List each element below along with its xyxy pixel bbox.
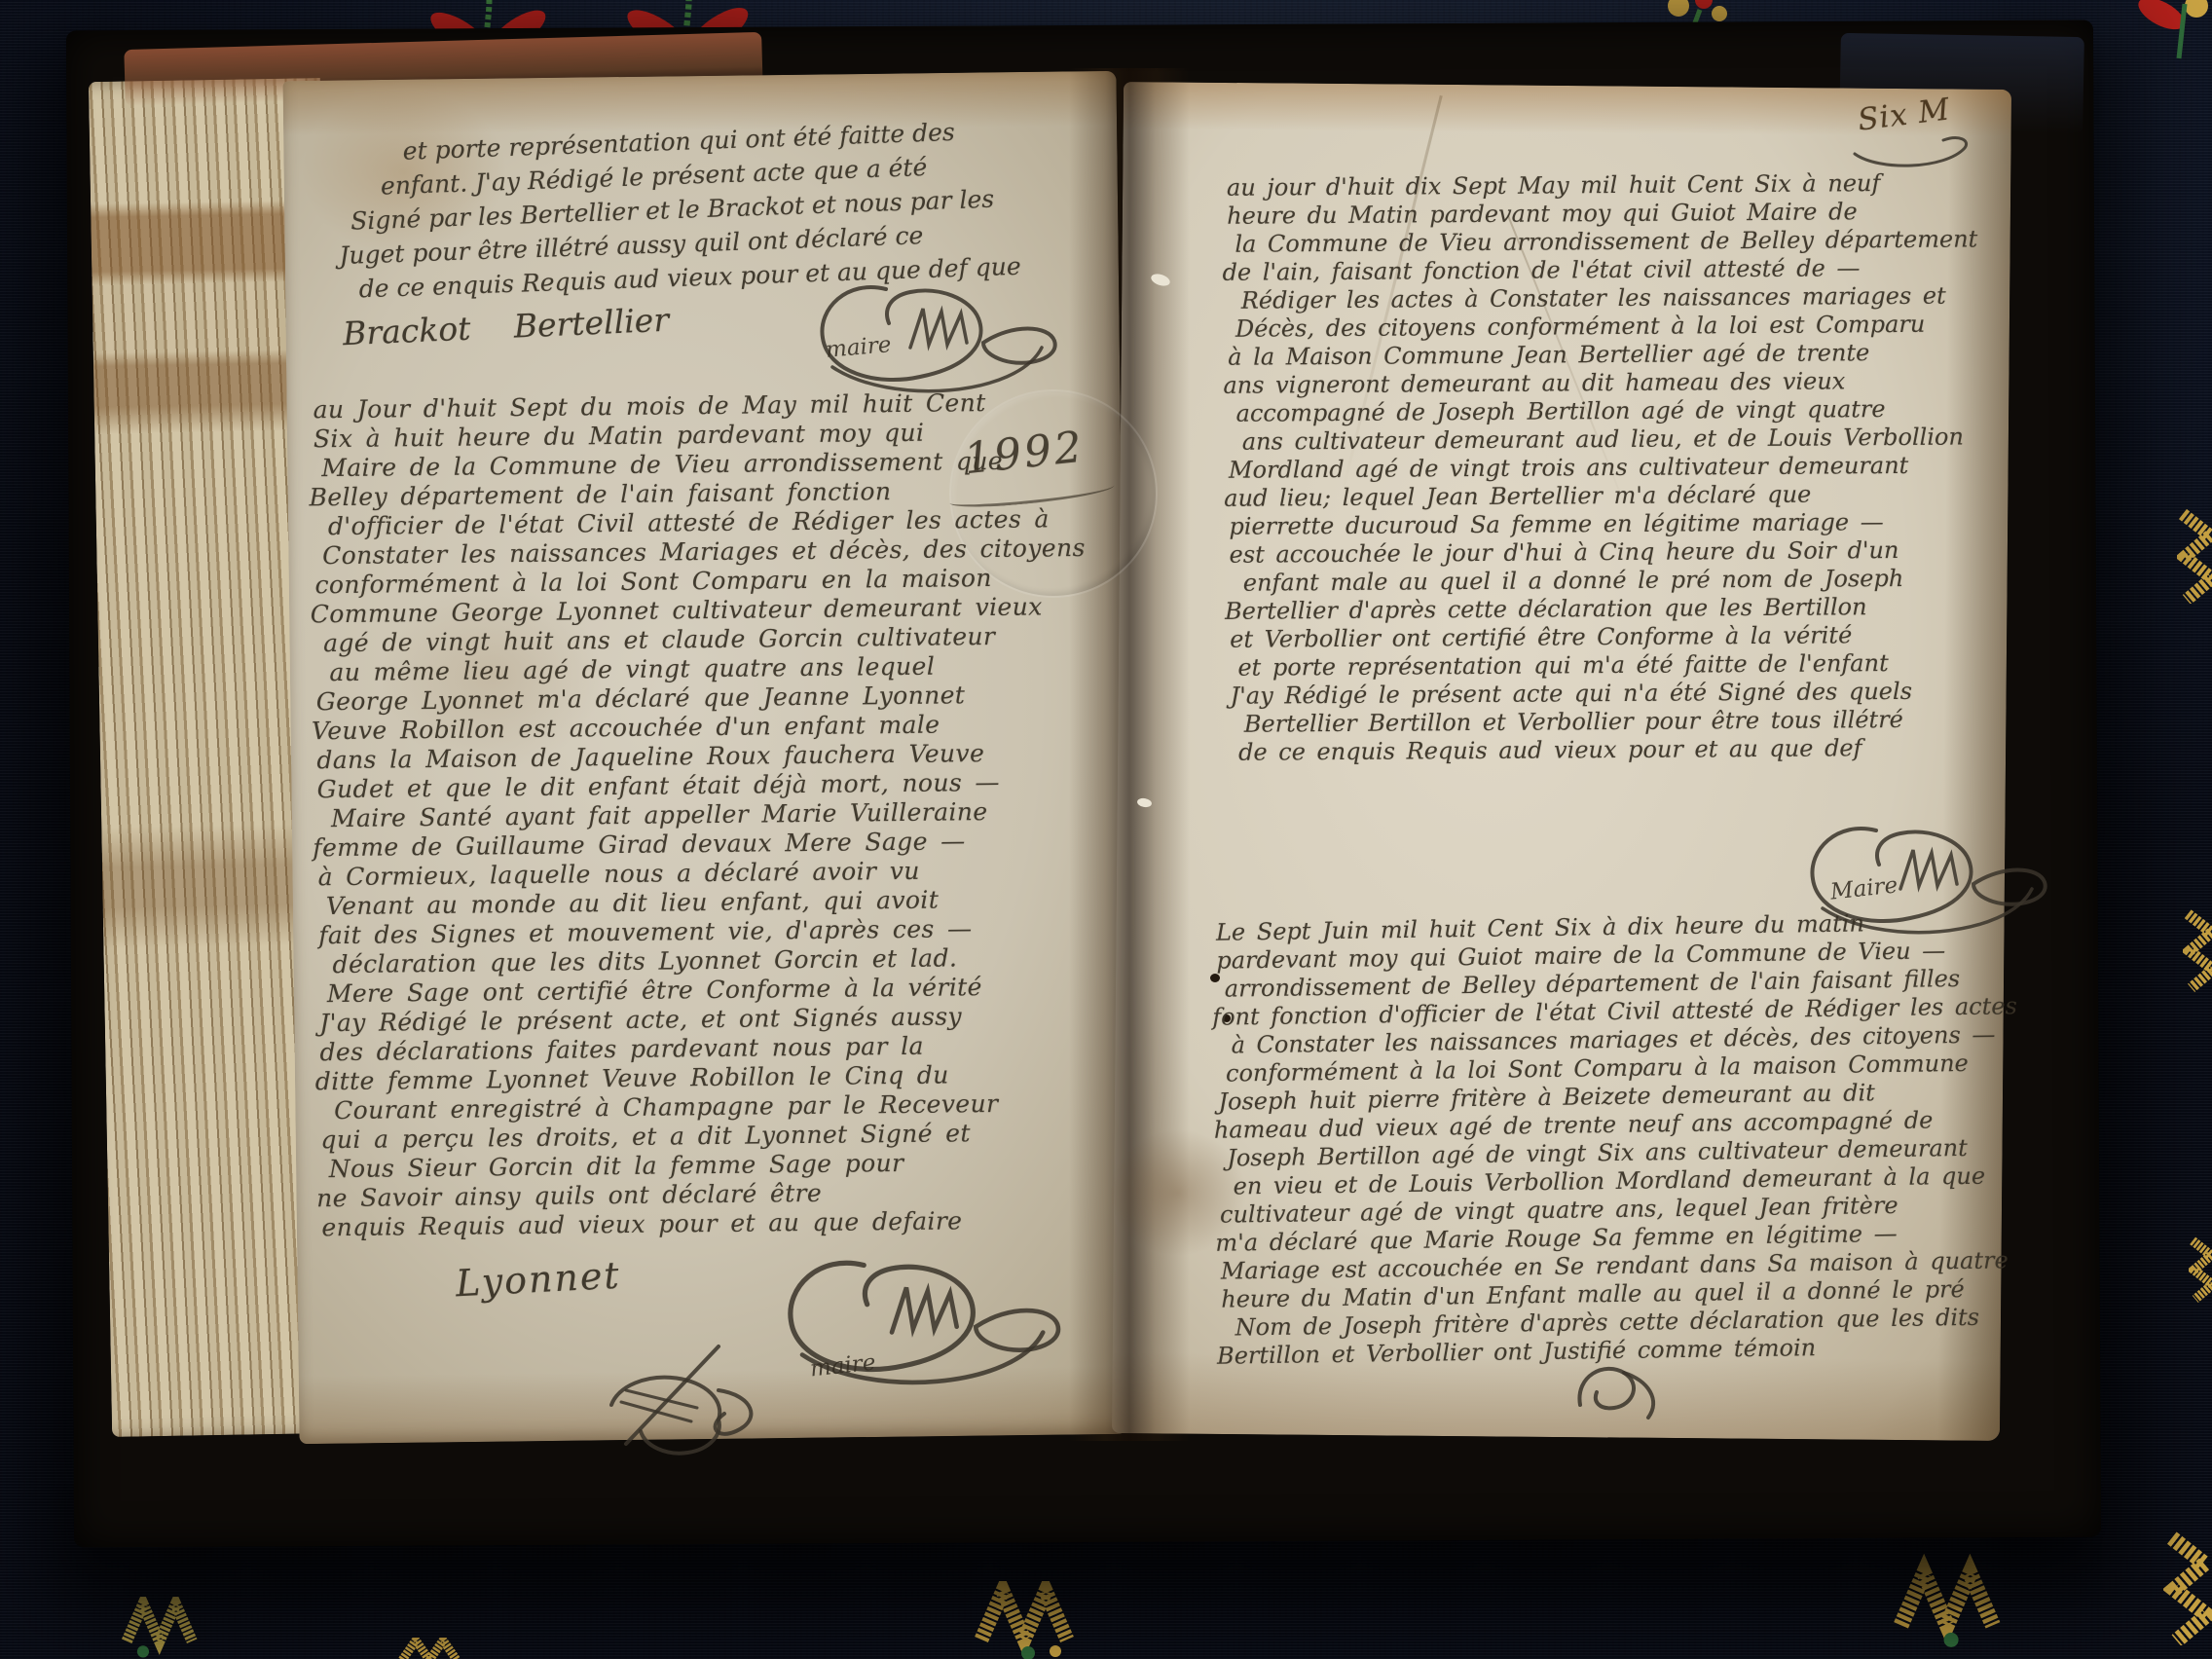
right-page-second-act: Le Sept Juin mil huit Cent Six à dix heu… [1216,907,2012,1370]
paraph-doodle-icon [572,1332,787,1458]
handwritten-line: Mordland agé de vingt trois ans cultivat… [1229,451,2008,485]
gold-floral-motif-icon [2177,506,2212,604]
corner-flower-icon [2128,0,2212,60]
handwritten-line: de ce enquis Requis aud vieux pour et au… [1238,733,2009,767]
gold-floral-motif-icon [397,1638,465,1659]
mayor-signature-flourish-icon [757,1248,1093,1394]
right-page-first-act: au jour d'huit dix Sept May mil huit Cen… [1227,168,2009,767]
handwritten-line: la Commune de Vieu arrondissement de Bel… [1235,225,2006,259]
handwritten-line: enfant male au quel il a donné le pré no… [1243,564,2009,597]
gold-floral-motif-icon [974,1581,1081,1659]
gold-floral-motif-icon [1893,1554,2008,1659]
gold-floral-motif-icon [2183,905,2212,993]
gold-floral-motif-icon [2189,1235,2212,1303]
manuscript-photo: et porte représentation qui ont été fait… [0,0,2212,1659]
handwritten-line: Bertellier Bertillon et Verbollier pour … [1244,705,2009,738]
paraph-doodle-icon [1556,1351,1682,1429]
folio-underline-flourish-icon [1850,125,1976,173]
handwritten-line: Décès, des citoyens conformément à la lo… [1235,310,2007,344]
gold-floral-motif-icon [117,1597,206,1659]
left-page-main-act: au Jour d'huit Sept du mois de May mil h… [313,387,1112,1242]
gold-floral-motif-icon [2163,1529,2212,1645]
lyonnet-signature: Lyonnet [455,1254,622,1306]
